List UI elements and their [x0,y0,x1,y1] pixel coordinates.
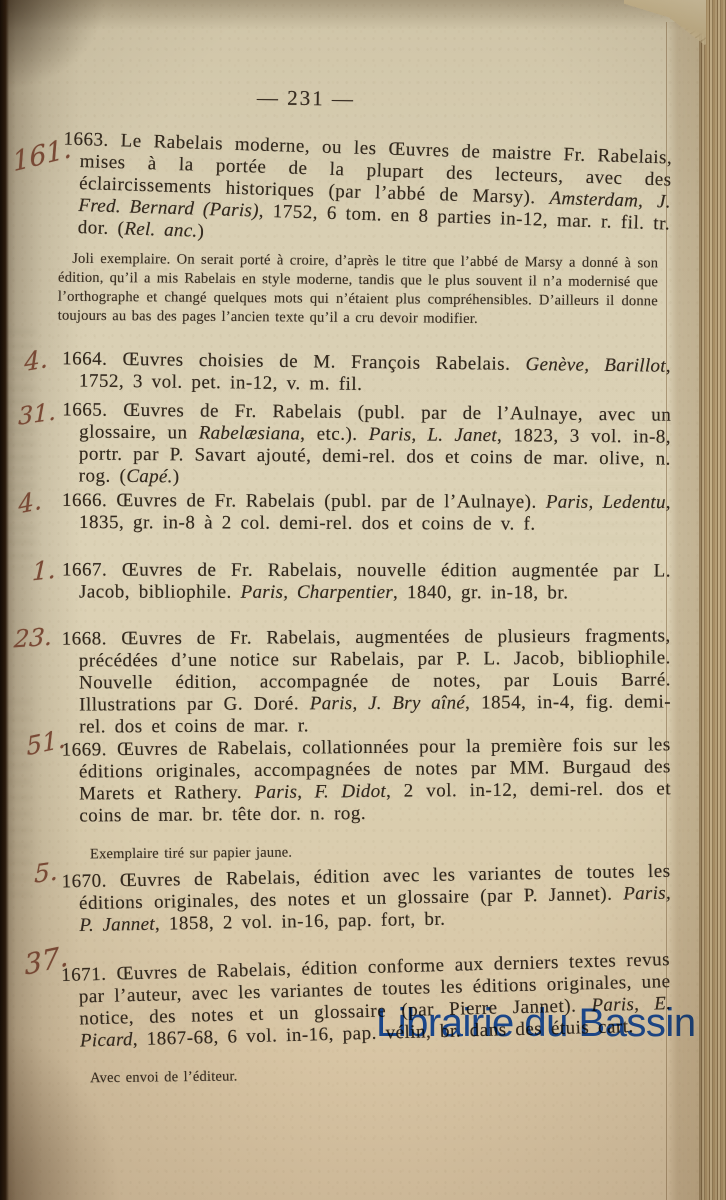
catalog-entry: 1670. Œuvres de Rabelais, édition avec l… [61,861,671,938]
margin-number-handwritten: 31. [18,397,56,431]
entry-note: Exemplaire tiré sur papier jaune. [76,841,636,865]
entry-note: Avec envoi de l’éditeur. [76,1063,636,1089]
catalog-entry: 1669. Œuvres de Rabelais, collationnées … [62,734,672,827]
catalog-entry: 1663. Le Rabelais moderne, ou les Œuvres… [60,128,672,257]
margin-number-handwritten: 23. [13,623,53,654]
catalog-entry: 1664. Œuvres choisies de M. François Rab… [62,348,671,399]
entry-note: Joli exemplaire. On serait porté à croir… [58,250,659,331]
margin-number-handwritten: 51. [25,724,66,761]
bookseller-watermark: Librairie du Bassin [376,1001,696,1046]
catalog-entry: 1668. Œuvres de Fr. Rabelais, augmentées… [62,625,672,738]
page-number-header: — 231 — [0,82,612,114]
catalog-entry: 1667. Œuvres de Fr. Rabelais, nouvelle é… [62,559,671,604]
margin-number-handwritten: 4. [24,344,49,377]
book-gutter-shadow [0,0,9,1200]
margin-number-handwritten: 1. [32,555,57,587]
catalog-entry: 1666. Œuvres de Fr. Rabelais (publ. par … [62,490,671,536]
catalog-entry: 1665. Œuvres de Fr. Rabelais (publ. par … [62,399,672,492]
book-page-photo: — 231 — 1663. Le Rabelais moderne, ou le… [0,0,726,1200]
page-edges-stack [699,0,726,1200]
margin-number-handwritten: 5. [34,856,58,889]
margin-number-handwritten: 4. [17,485,42,519]
